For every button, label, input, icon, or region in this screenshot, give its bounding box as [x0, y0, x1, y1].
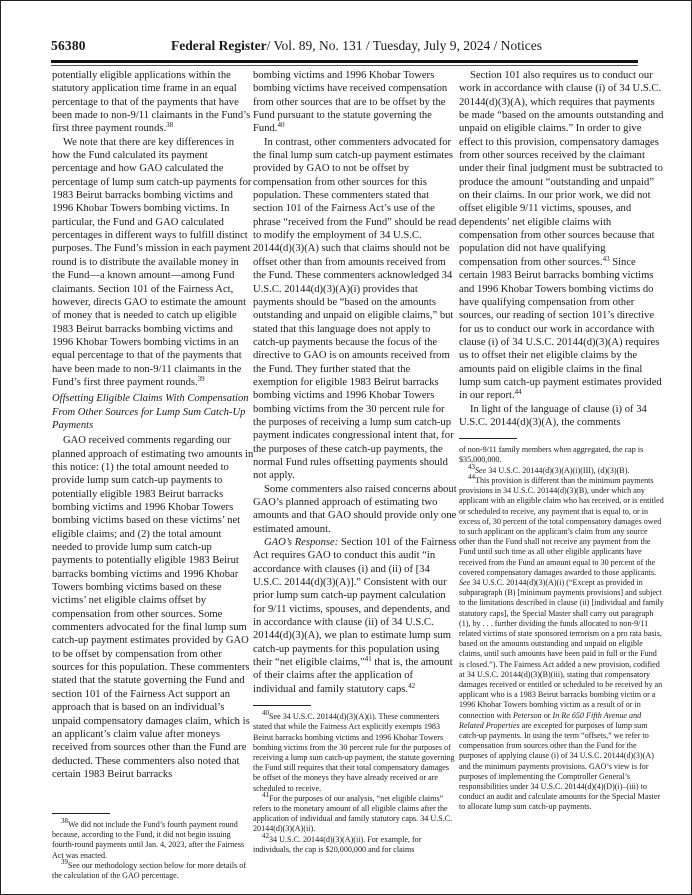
paragraph: GAO’s Response: Section 101 of the Fairn… [253, 536, 457, 696]
footnote-ref[interactable]: 44 [515, 388, 522, 396]
footnotes-col2: 40See 34 U.S.C. 20144(d)(3)(A)(i). These… [253, 712, 457, 855]
footnote-ref[interactable]: 40 [277, 121, 284, 129]
header-rule-thick [51, 60, 638, 63]
journal-name: Federal Register [171, 38, 267, 53]
paragraph: GAO received comments regarding our plan… [52, 434, 254, 781]
footnote-rule [253, 705, 311, 706]
paragraph: Some commenters also raised concerns abo… [253, 483, 457, 536]
footnote-rule [52, 813, 110, 814]
paragraph: Section 101 also requires us to conduct … [459, 69, 664, 403]
response-lead: GAO’s Response: [264, 537, 338, 548]
column-2: bombing victims and 1996 Khobar Towers b… [253, 69, 457, 855]
footnote-43: 43See 34 U.S.C. 20144(d)(3)(A)(i)(III), … [459, 466, 664, 476]
section-heading: Offsetting Eligible Claims With Compensa… [52, 392, 254, 432]
page-number: 56380 [51, 38, 86, 54]
column-3: Section 101 also requires us to conduct … [459, 69, 664, 813]
page-header: 56380 Federal Register/ Vol. 89, No. 131… [37, 38, 637, 56]
footnote-rule [459, 438, 517, 439]
footnotes-col1: 38We did not include the Fund’s fourth p… [52, 813, 254, 881]
paragraph: In light of the language of clause (i) o… [459, 403, 664, 430]
column-1: potentially eligible applications within… [52, 69, 254, 781]
footnote-ref[interactable]: 38 [166, 121, 173, 129]
footnote-42: 4234 U.S.C. 20144(d)(3)(A)(ii). For exam… [253, 835, 457, 855]
footnote-ref[interactable]: 41 [365, 655, 372, 663]
footnote-40: 40See 34 U.S.C. 20144(d)(3)(A)(i). These… [253, 712, 457, 794]
footnotes-col3: of non-9/11 family members when aggregat… [459, 445, 664, 812]
paragraph: bombing victims and 1996 Khobar Towers b… [253, 69, 457, 136]
footnote-38: 38We did not include the Fund’s fourth p… [52, 820, 254, 861]
footnote-ref[interactable]: 42 [408, 682, 415, 690]
issue-info: / Vol. 89, No. 131 / Tuesday, July 9, 20… [267, 38, 542, 53]
paragraph: potentially eligible applications within… [52, 69, 254, 136]
footnote-ref[interactable]: 43 [603, 255, 610, 263]
header-rule-thin [51, 65, 638, 66]
footnote-39: 39See our methodology section below for … [52, 861, 254, 881]
footnote-42-continued: of non-9/11 family members when aggregat… [459, 445, 664, 465]
footnote-ref[interactable]: 39 [198, 375, 205, 383]
running-head: Federal Register/ Vol. 89, No. 131 / Tue… [171, 38, 542, 54]
footnote-41: 41For the purposes of our analysis, “net… [253, 794, 457, 835]
paragraph: In contrast, other commenters advocated … [253, 136, 457, 483]
paragraph: We note that there are key differences i… [52, 136, 254, 390]
footnote-44: 44This provision is different than the m… [459, 476, 664, 813]
